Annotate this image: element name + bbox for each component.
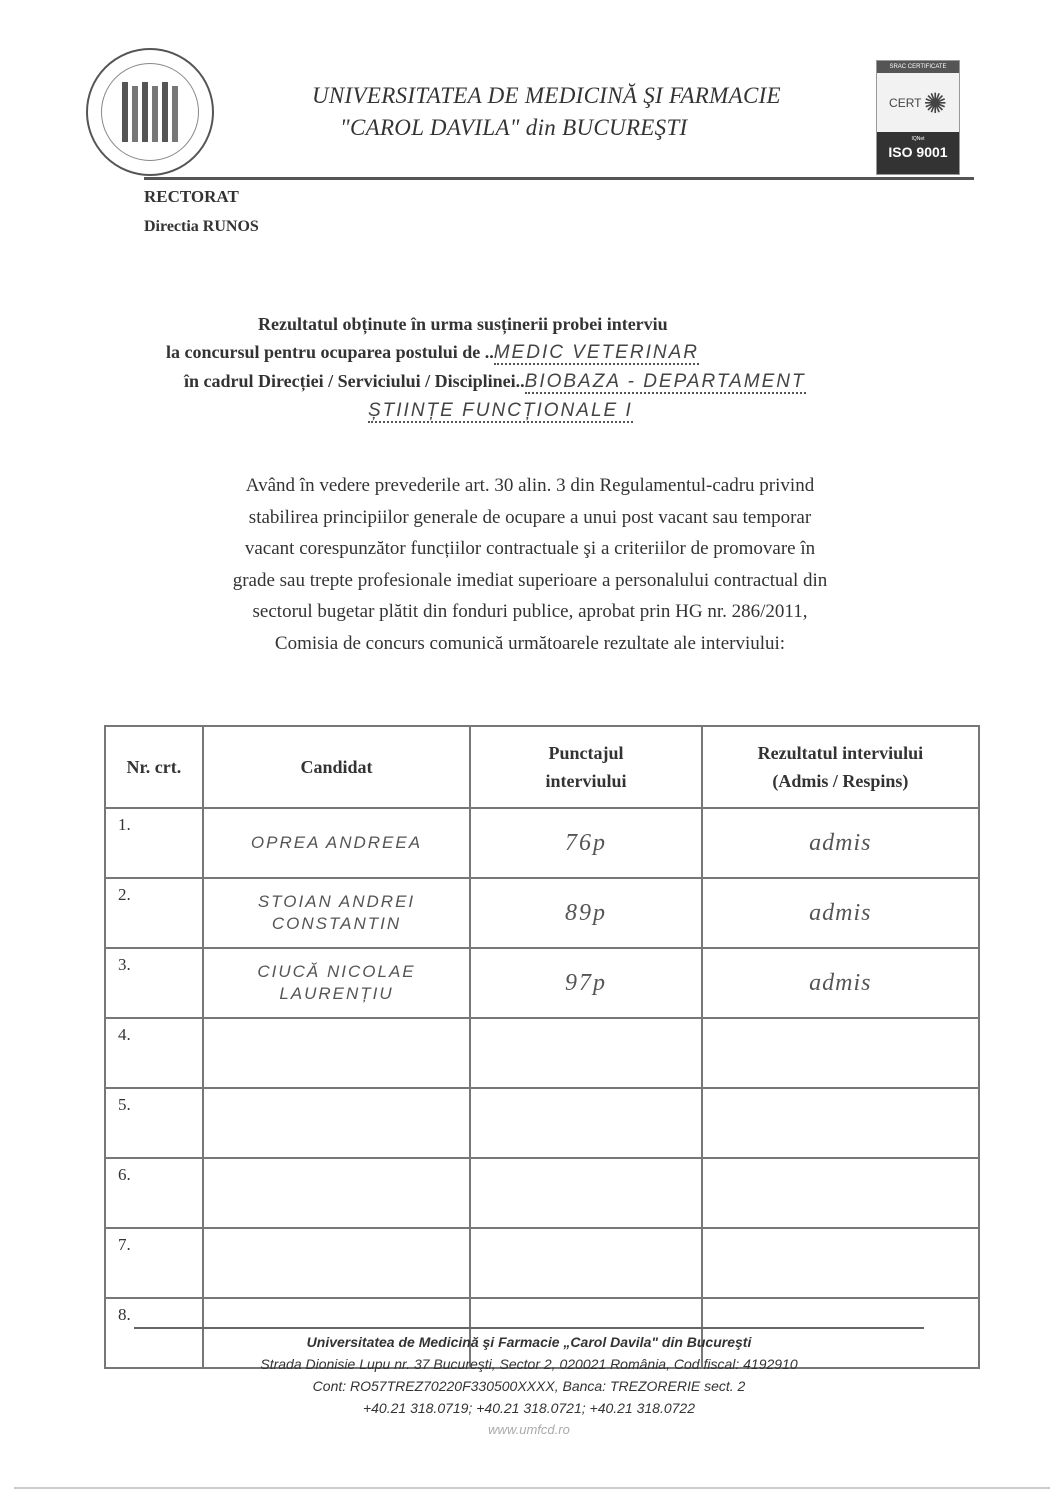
title-line1: Rezultatul obținute în urma susținerii p… [150,310,1020,338]
table-row: 2.STOIAN ANDREI CONSTANTIN89padmis [105,878,979,948]
interview-result: admis [702,808,979,878]
cert-logo: CERT ✺ [877,73,959,133]
paragraph-line: stabilirea principiilor generale de ocup… [110,502,950,534]
header-divider [144,177,974,180]
interview-score [470,1158,701,1228]
subdepartment-label: Directia RUNOS [144,218,259,236]
interview-score [470,1228,701,1298]
candidate-name [203,1158,471,1228]
title-line4: ȘTIINȚE FUNCȚIONALE I [150,396,1020,425]
row-number: 1. [105,808,203,878]
title-line2: la concursul pentru ocuparea postului de… [150,338,1020,367]
footer-phones: +40.21 318.0719; +40.21 318.0721; +40.21… [134,1397,924,1419]
table-row: 1.OPREA ANDREEA76padmis [105,808,979,878]
interview-score [470,1088,701,1158]
university-name-line1: UNIVERSITATEA DE MEDICINĂ ŞI FARMACIE [300,80,860,112]
department-handwritten: BIOBAZA - DEPARTAMENT [525,371,806,394]
candidate-name: CIUCĂ NICOLAE LAURENȚIU [203,948,471,1018]
iso-certification-badge: SRAC CERTIFICATE CERT ✺ IQNet ISO 9001 [876,60,960,175]
title-line3: în cadrul Direcției / Serviciului / Disc… [150,367,1020,396]
footer-website-link[interactable]: www.umfcd.ro [134,1419,924,1441]
footer-divider [134,1327,924,1329]
row-number: 3. [105,948,203,1018]
header-result: Rezultatul interviului (Admis / Respins) [702,726,979,808]
interview-result: admis [702,948,979,1018]
table-row: 7. [105,1228,979,1298]
paragraph-line: vacant corespunzător funcțiilor contract… [110,533,950,565]
table-header-row: Nr. crt. Candidat Punctajul interviului … [105,726,979,808]
header-score-line2: interviului [472,767,699,795]
footer-university: Universitatea de Medicină şi Farmacie „C… [134,1331,924,1353]
cert-brand: CERT [889,96,921,110]
header-nr: Nr. crt. [105,726,203,808]
header-result-line2: (Admis / Respins) [704,767,977,795]
interview-result [702,1088,979,1158]
department-prefix: în cadrul Direcției / Serviciului / Disc… [184,371,525,391]
position-handwritten: MEDIC VETERINAR [494,342,699,365]
interview-result [702,1018,979,1088]
iqnet-star-icon: ✺ [923,87,946,120]
row-number: 5. [105,1088,203,1158]
row-number: 7. [105,1228,203,1298]
row-number: 4. [105,1018,203,1088]
interview-score: 76p [470,808,701,878]
interview-result [702,1158,979,1228]
footer-bank: Cont: RO57TREZ70220F330500XXXX, Banca: T… [134,1375,924,1397]
header-candidate: Candidat [203,726,471,808]
header-score: Punctajul interviului [470,726,701,808]
interview-score: 89p [470,878,701,948]
interview-score: 97p [470,948,701,1018]
paragraph-line: Comisia de concurs comunică următoarele … [110,628,950,660]
paragraph-line: Având în vedere prevederile art. 30 alin… [110,470,950,502]
interview-score [470,1018,701,1088]
table-row: 4. [105,1018,979,1088]
interview-result [702,1228,979,1298]
table-row: 3.CIUCĂ NICOLAE LAURENȚIU97padmis [105,948,979,1018]
table-row: 6. [105,1158,979,1228]
candidate-name: OPREA ANDREEA [203,808,471,878]
position-prefix: la concursul pentru ocuparea postului de… [166,342,494,362]
cert-brand-mark: IQNet [877,132,959,143]
university-name-line2: "CAROL DAVILA" din BUCUREŞTI [300,112,860,144]
candidate-name [203,1018,471,1088]
legal-paragraph: Având în vedere prevederile art. 30 alin… [110,470,950,659]
table-row: 5. [105,1088,979,1158]
results-table: Nr. crt. Candidat Punctajul interviului … [104,725,980,1369]
candidate-name [203,1228,471,1298]
department-handwritten-cont: ȘTIINȚE FUNCȚIONALE I [368,400,633,423]
university-seal-icon [86,48,214,176]
university-name: UNIVERSITATEA DE MEDICINĂ ŞI FARMACIE "C… [300,80,860,144]
candidate-name: STOIAN ANDREI CONSTANTIN [203,878,471,948]
seal-building-icon [101,63,199,161]
cert-badge-top: SRAC CERTIFICATE [877,61,959,73]
footer: Universitatea de Medicină şi Farmacie „C… [134,1331,924,1441]
row-number: 2. [105,878,203,948]
cert-standard-box: IQNet ISO 9001 [877,132,959,174]
department-label: RECTORAT [144,187,239,207]
row-number: 6. [105,1158,203,1228]
interview-result: admis [702,878,979,948]
iso-standard-label: ISO 9001 [877,143,959,161]
footer-address: Strada Dionisie Lupu nr. 37 Bucureşti, S… [134,1353,924,1375]
paragraph-line: grade sau trepte profesionale imediat su… [110,565,950,597]
paragraph-line: sectorul bugetar plătit din fonduri publ… [110,596,950,628]
candidate-name [203,1088,471,1158]
document-title: Rezultatul obținute în urma susținerii p… [150,310,1020,425]
header-score-line1: Punctajul [472,739,699,767]
page-bottom-edge [14,1487,1050,1489]
header-result-line1: Rezultatul interviului [704,739,977,767]
